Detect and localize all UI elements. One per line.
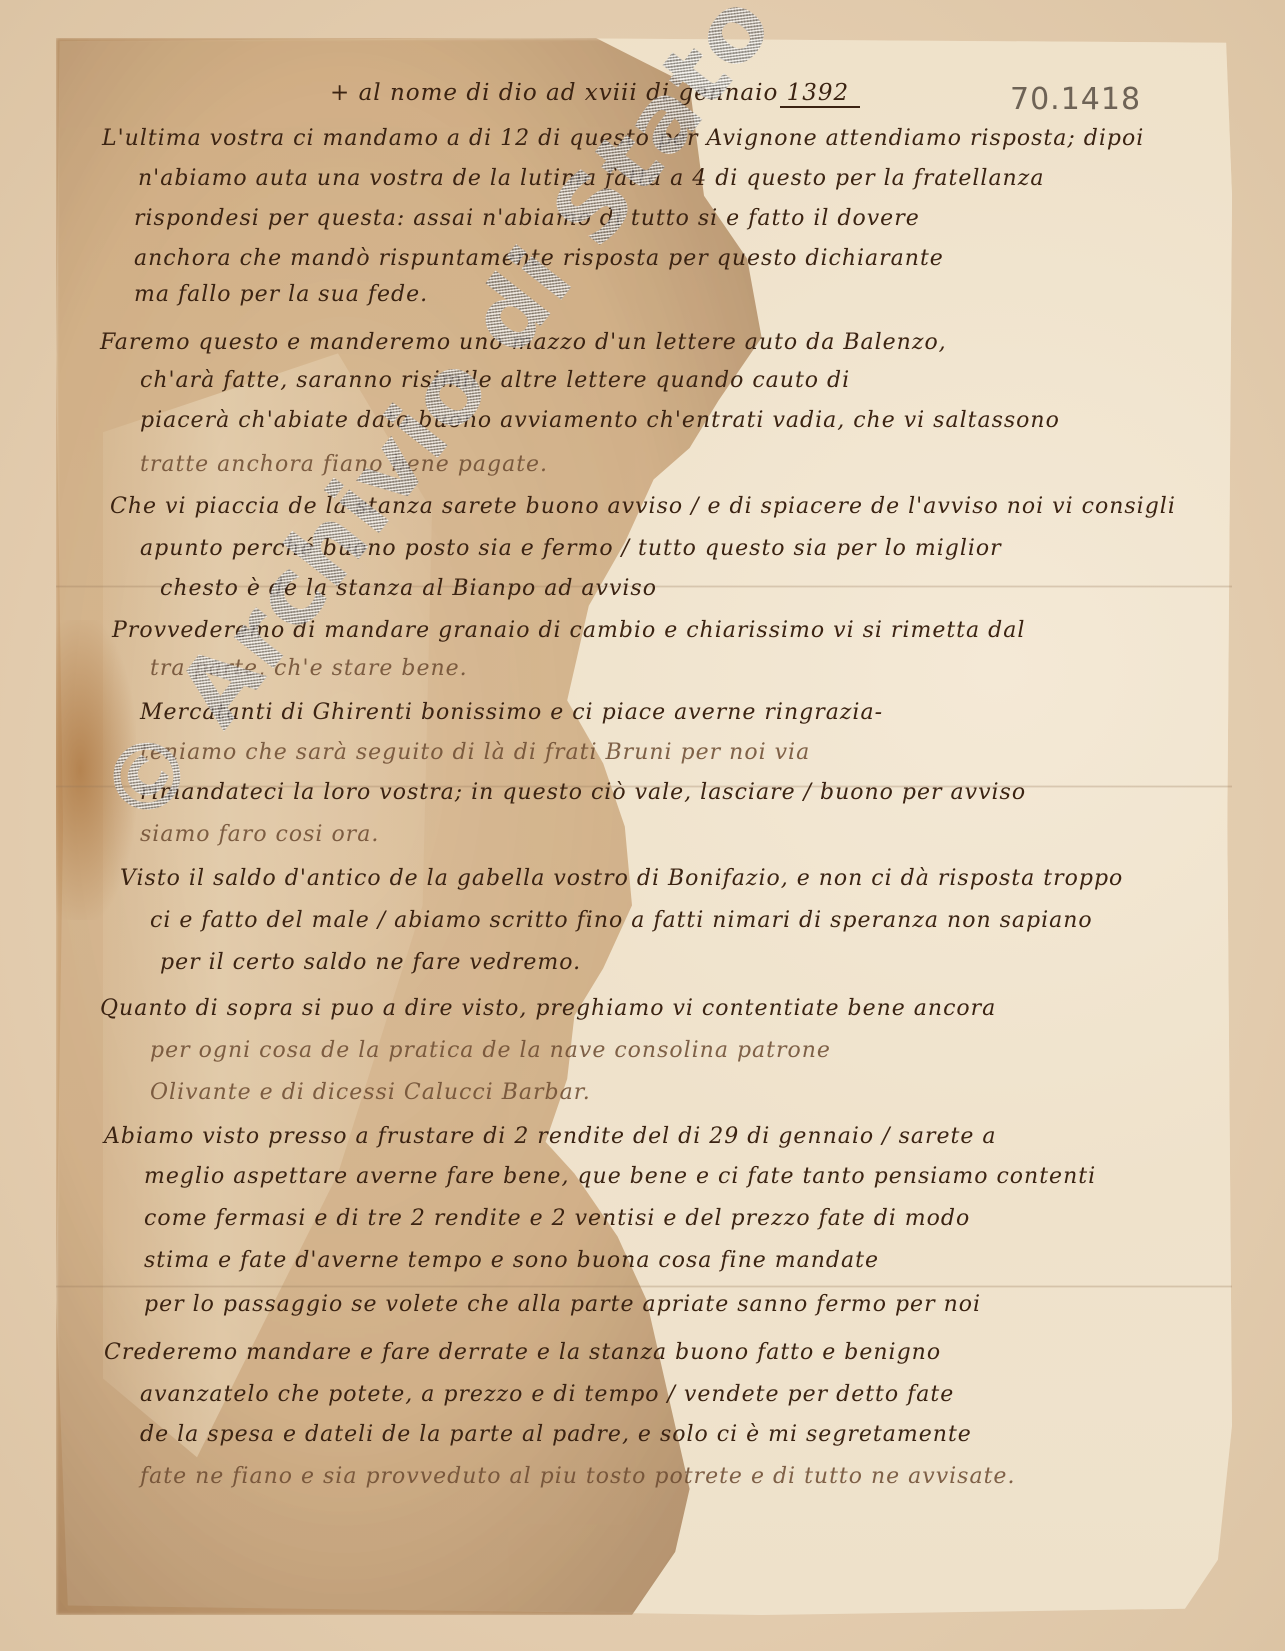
text-line: avanzatelo che potete, a prezzo e di tem…: [140, 1382, 954, 1407]
text-line: Visto il saldo d'antico de la gabella vo…: [120, 866, 1123, 891]
header-underline: [780, 106, 860, 108]
text-line: rimandateci la loro vostra; in questo ci…: [140, 780, 1026, 805]
text-line: per il certo saldo ne fare vedremo.: [160, 950, 581, 975]
text-line: stima e fate d'averne tempo e sono buona…: [144, 1248, 879, 1273]
text-line: piacerà ch'abiate dato buono avviamento …: [140, 408, 1060, 433]
text-line: Crederemo mandare e fare derrate e la st…: [104, 1340, 941, 1365]
text-line: per ogni cosa de la pratica de la nave c…: [150, 1038, 831, 1063]
text-line: Che vi piaccia de la stanza sarete buono…: [110, 494, 1176, 519]
text-line: fate ne fiano e sia provveduto al piu to…: [140, 1464, 1015, 1489]
text-line: ci e fatto del male / abiamo scritto fin…: [150, 908, 1093, 933]
text-line: Olivante e di dicessi Calucci Barbar.: [150, 1080, 591, 1105]
text-line: Abiamo visto presso a frustare di 2 rend…: [104, 1124, 996, 1149]
text-line: de la spesa e dateli de la parte al padr…: [140, 1422, 972, 1447]
archive-reference: 70.1418: [1010, 82, 1141, 117]
letter-header: + al nome di dio ad xviii di gennaio 139…: [330, 80, 849, 106]
text-line: meglio aspettare averne fare bene, que b…: [144, 1164, 1096, 1189]
text-line: Quanto di sopra si puo a dire visto, pre…: [100, 996, 996, 1021]
text-line: ma fallo per la sua fede.: [134, 282, 428, 307]
text-line: per lo passaggio se volete che alla part…: [144, 1292, 981, 1317]
text-line: come fermasi e di tre 2 rendite e 2 vent…: [144, 1206, 970, 1231]
fold-crease: [56, 1285, 1232, 1288]
